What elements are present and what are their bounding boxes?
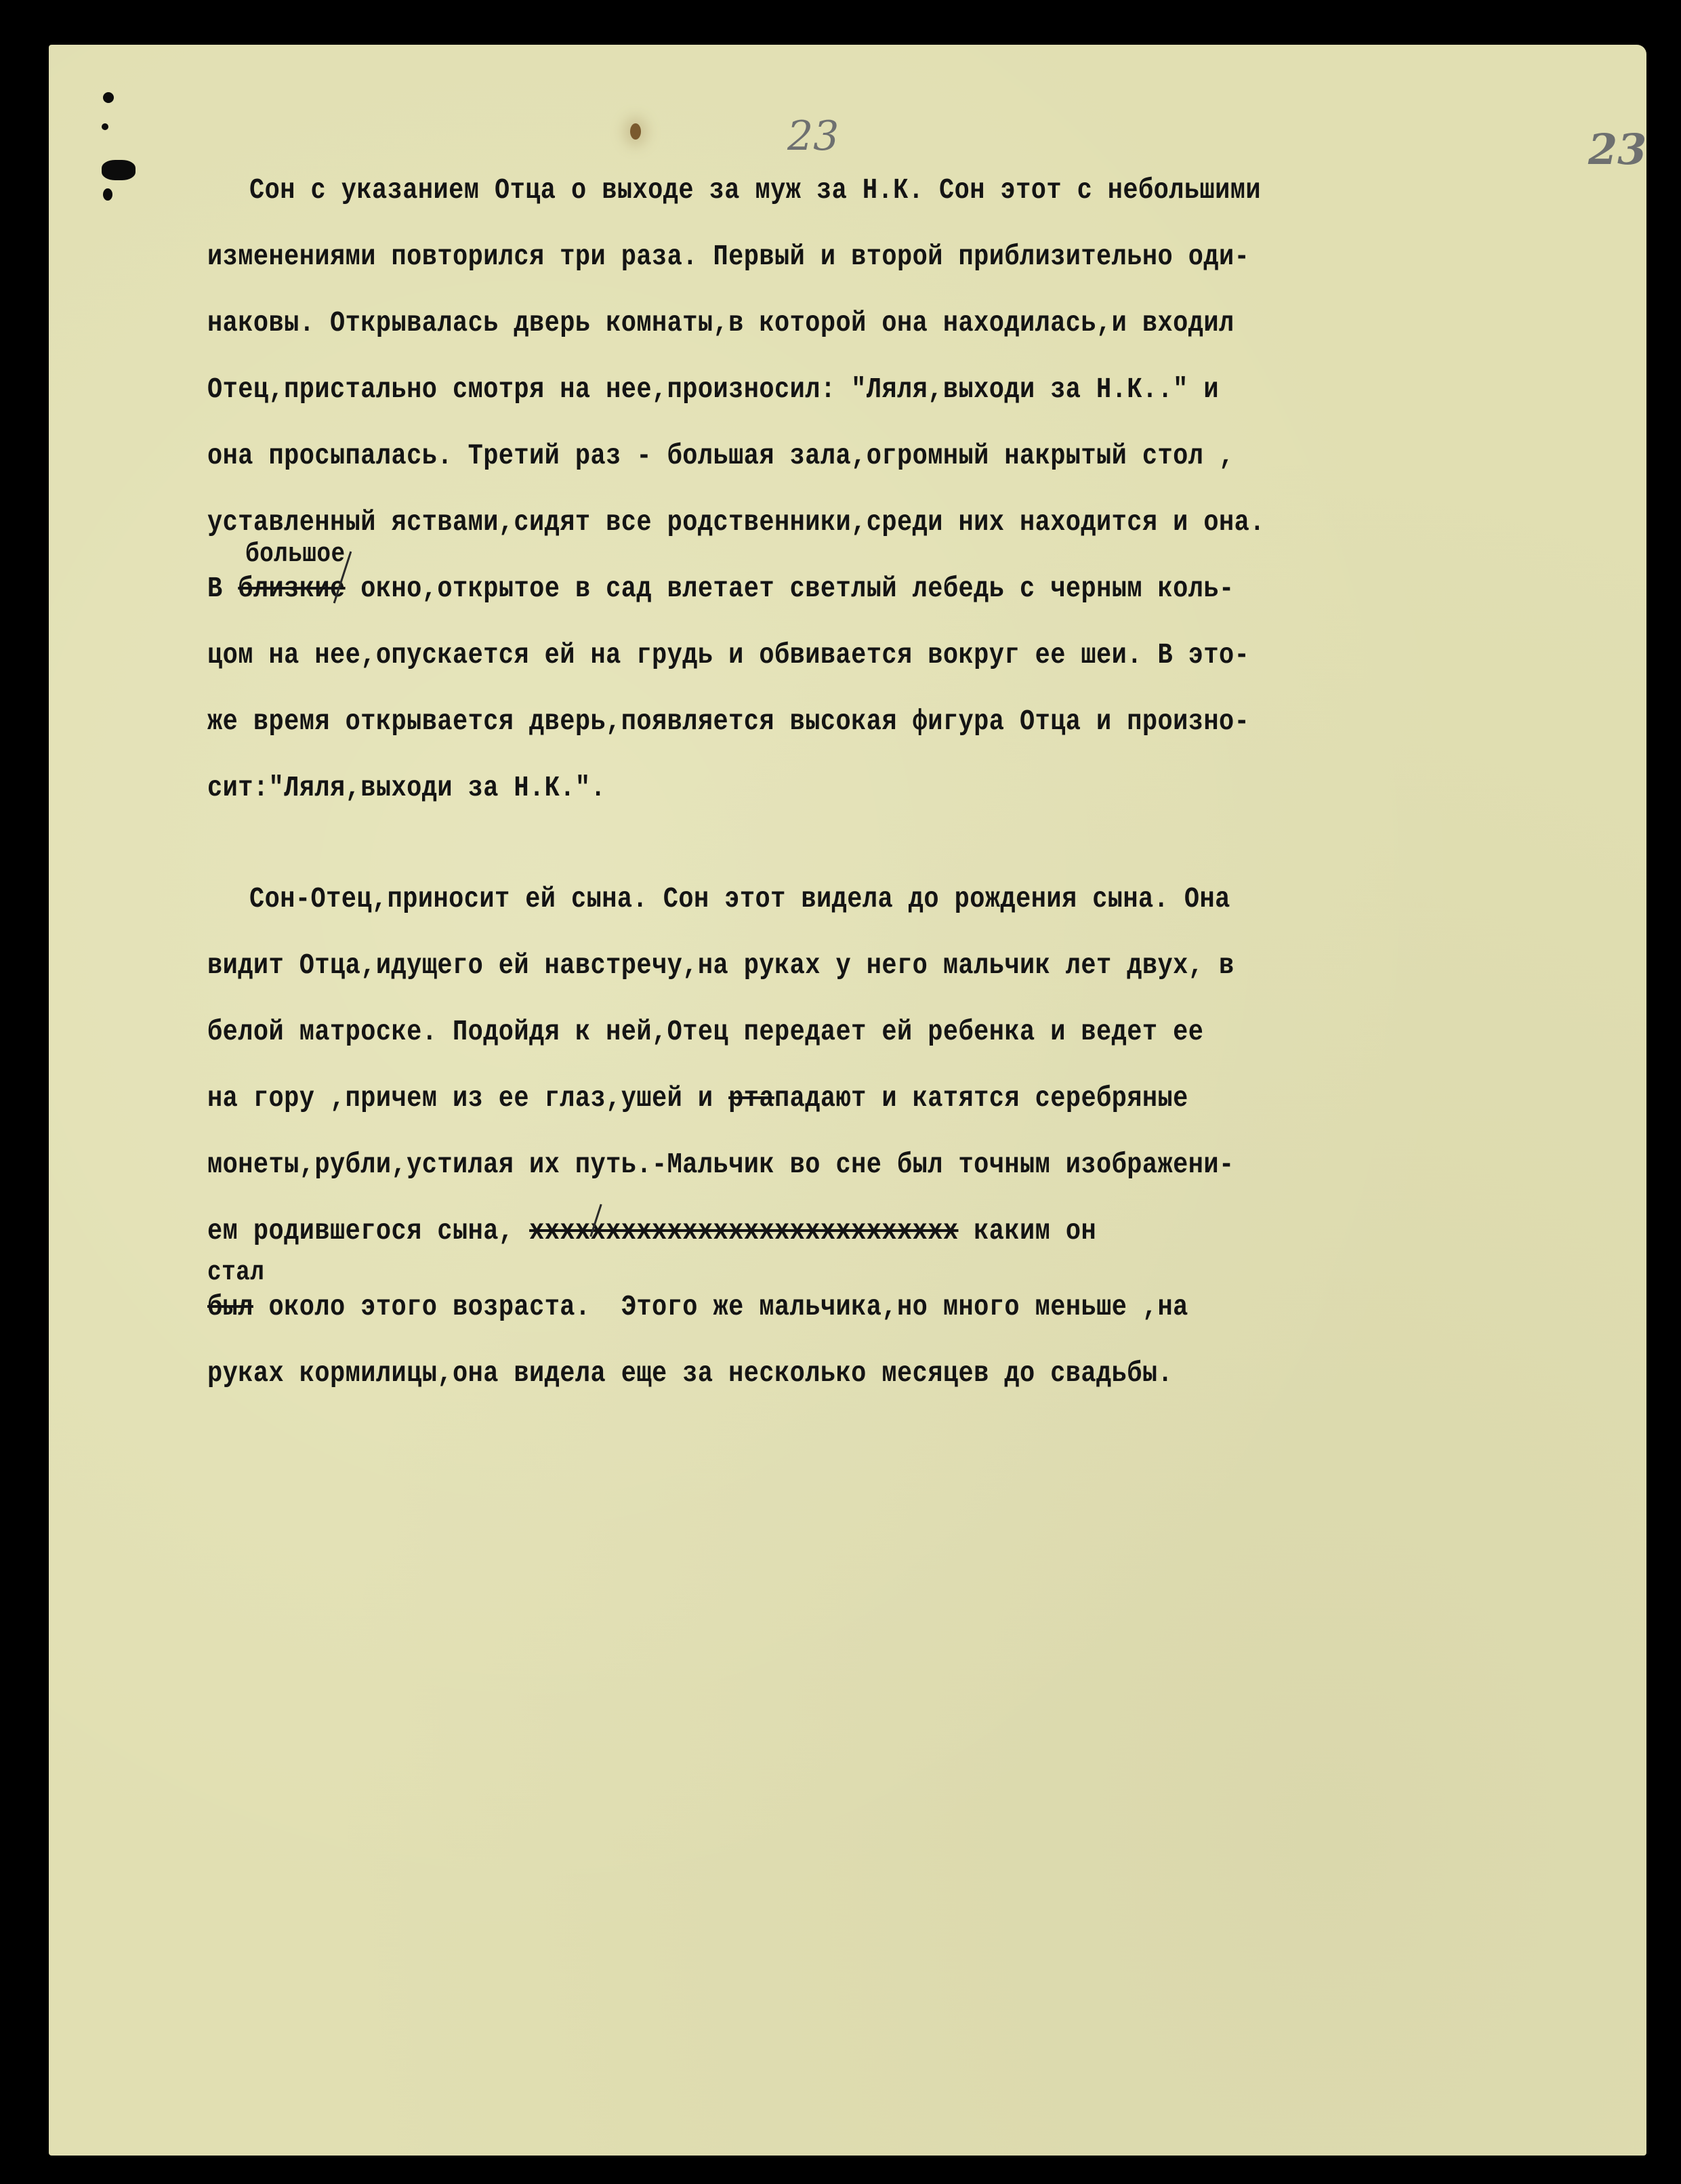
text-fragment: ем родившегося сына, [207, 1214, 514, 1248]
folio-number-stamp: 23 [1588, 125, 1646, 174]
text-fragment: ,открытое в сад влетает светлый лебедь с… [422, 572, 1234, 605]
punch-hole-mark [102, 123, 108, 130]
inserted-word: большое [245, 539, 346, 570]
text-fragment: около этого возраста. Этого же мальчика,… [269, 1290, 1188, 1323]
text-fragment: на гору ,причем из ее глаз,ушей и [207, 1081, 728, 1115]
text-line: руках кормилицы,она видела еще за нескол… [207, 1357, 1173, 1390]
text-fragment: падают и катятся серебряные [774, 1081, 1188, 1115]
text-line: Отец,пристально смотря на нее,произносил… [207, 373, 1219, 406]
text-line-with-corrections: был около этого возраста. Этого же мальч… [207, 1290, 1188, 1323]
text-line: она просыпалась. Третий раз - большая за… [207, 439, 1234, 472]
text-fragment: окно [360, 572, 421, 605]
paper-stain [630, 123, 641, 140]
folio-number-handwritten: 23 [787, 112, 839, 160]
punch-hole-mark [103, 92, 114, 103]
text-fragment: В [207, 572, 238, 605]
text-line: Сон с указанием Отца о выходе за муж за … [249, 173, 1261, 207]
inserted-word: стал [207, 1258, 264, 1288]
text-line: сит:"Ляля,выходи за Н.К.". [207, 771, 606, 804]
text-fragment: каким он [958, 1214, 1096, 1248]
struck-word: был [207, 1290, 253, 1323]
text-line: Сон-Отец,приносит ей сына. Сон этот виде… [249, 882, 1230, 915]
punch-hole-mark [103, 188, 112, 201]
text-line: уставленный яствами,сидят все родственни… [207, 506, 1265, 539]
struck-text: хххххххххххххххххххххххххххх [529, 1214, 958, 1248]
struck-word: близкие [238, 572, 345, 605]
text-line: белой матроске. Подойдя к ней,Отец перед… [207, 1015, 1203, 1048]
text-line-with-corrections: на гору ,причем из ее глаз,ушей и ртапад… [207, 1081, 1188, 1115]
text-line: цом на нее,опускается ей на грудь и обви… [207, 638, 1249, 672]
text-line: изменениями повторился три раза. Первый … [207, 240, 1249, 273]
text-line: наковы. Открывалась дверь комнаты,в кото… [207, 306, 1234, 339]
document-page: 23 23 Сон с указанием Отца о выходе за м… [49, 45, 1646, 2156]
punch-hole-mark [102, 160, 136, 180]
text-line: видит Отца,идущего ей навстречу,на руках… [207, 949, 1234, 982]
struck-word: рта [728, 1081, 774, 1115]
text-line-with-corrections: ем родившегося сына, ххххххххххххххххххх… [207, 1214, 1096, 1248]
text-line: монеты,рубли,устилая их путь.-Мальчик во… [207, 1148, 1234, 1181]
text-line-with-corrections: В близкие окно,открытое в сад влетает св… [207, 572, 1234, 605]
text-line: же время открывается дверь,появляется вы… [207, 705, 1249, 738]
